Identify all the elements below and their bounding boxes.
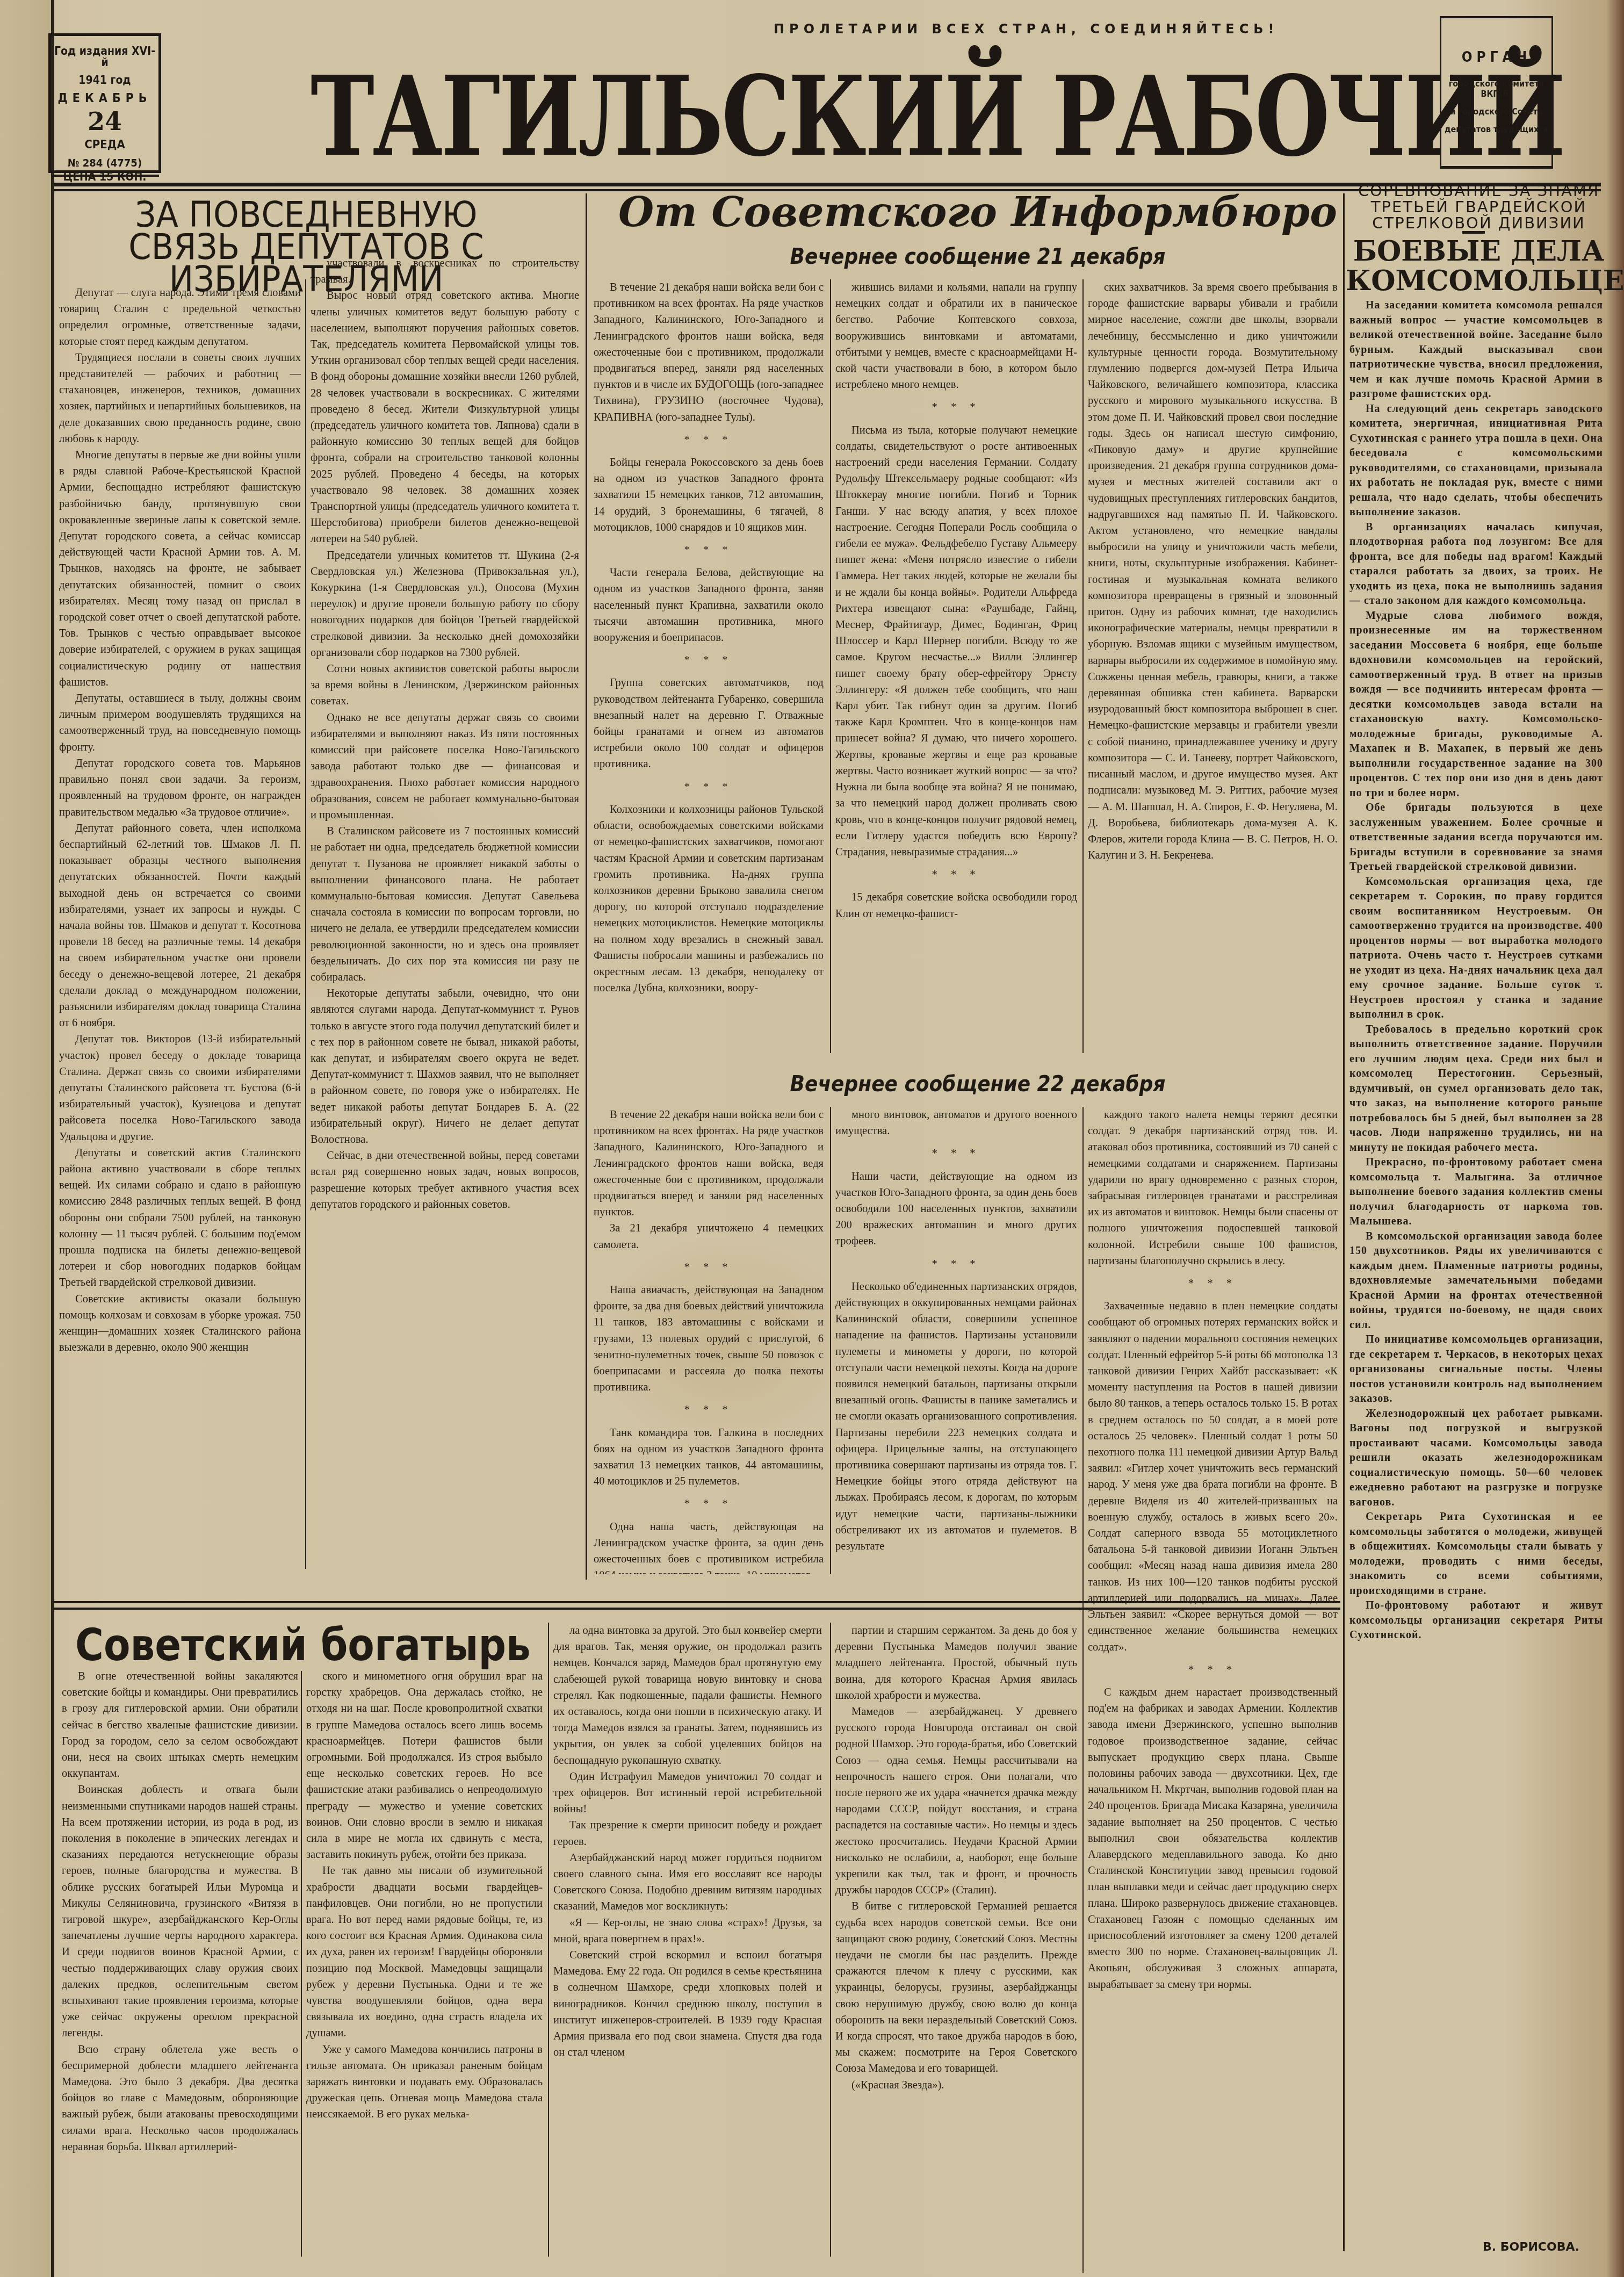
paragraph: Депутаты, оставшиеся в тылу, должны свои… xyxy=(59,690,301,755)
paragraph: Советские активисты оказали большую помо… xyxy=(59,1291,301,1356)
paragraph: участвовали в воскресниках по строительс… xyxy=(311,255,579,287)
slogan: ПРОЛЕТАРИИ ВСЕХ СТРАН, СОЕДИНЯЙТЕСЬ! xyxy=(774,21,1279,37)
section-divider xyxy=(586,193,587,1580)
paragraph: Требовалось в предельно короткий срок вы… xyxy=(1349,1022,1603,1156)
report-22-title: Вечернее сообщение 22 декабря xyxy=(607,1072,1348,1097)
paragraph: Обе бригады пользуются в цехе заслуженны… xyxy=(1349,801,1603,875)
section-separator-stars: * * * xyxy=(835,1145,1077,1162)
organ-line-2: и городского Совета xyxy=(1441,106,1551,117)
bottom-section-rule-thin xyxy=(54,1608,1340,1610)
report-22-column-3: каждого такого налета немцы теряют десят… xyxy=(1088,1107,1338,2262)
issue-month: ДЕКАБРЬ xyxy=(51,92,158,105)
paragraph: Воинская доблесть и отвага были неизменн… xyxy=(62,1782,298,2041)
paragraph: Не так давно мы писали об изумительной х… xyxy=(306,1863,543,2041)
paragraph: Всю страну облетела уже весть о бесприме… xyxy=(62,2042,298,2155)
report-22-column-2: много винтовок, автоматов и другого воен… xyxy=(835,1107,1077,1574)
paragraph: партии и старшим сержантом. За день до б… xyxy=(835,1623,1077,1704)
left-article-column-1: Депутат — слуга народа. Этими тремя слов… xyxy=(59,285,301,1569)
column-rule xyxy=(305,279,306,1569)
organ-line-3: депутатов трудящихся xyxy=(1441,124,1551,134)
paragraph: В огне отечественной войны закаляются со… xyxy=(62,1668,298,1782)
column-rule xyxy=(301,1671,302,2257)
section-separator-stars: * * * xyxy=(835,1256,1077,1272)
right-column-body: На заседании комитета комсомола решался … xyxy=(1349,298,1603,2227)
paragraph: Один Истрафуил Мамедов уничтожил 70 солд… xyxy=(553,1769,822,1818)
adjacent-page-edge xyxy=(0,0,54,2277)
bottom-article-headline: Советский богатырь xyxy=(75,1620,501,1671)
paragraph: Трудящиеся послали в советы своих лучших… xyxy=(59,350,301,447)
paragraph: Несколько об'единенных партизанских отря… xyxy=(835,1279,1077,1554)
paragraph: Танк командира тов. Галкина в последних … xyxy=(594,1425,824,1490)
paragraph: Некоторые депутаты забыли, очевидно, что… xyxy=(311,985,579,1148)
paragraph: Группа советских автоматчиков, под руков… xyxy=(594,675,824,772)
paragraph: В организациях началась кипучая, плодотв… xyxy=(1349,520,1603,609)
paragraph: Колхозники и колхозницы районов Тульской… xyxy=(594,802,824,996)
section-separator-stars: * * * xyxy=(594,1259,824,1276)
column-rule xyxy=(830,1623,831,2257)
section-separator-stars: * * * xyxy=(1088,1662,1338,1678)
section-separator-stars: * * * xyxy=(594,779,824,795)
report-21-column-3: ских захватчиков. За время своего пребыв… xyxy=(1088,279,1338,1056)
paragraph: Азербайджанский народ может гордиться по… xyxy=(553,1850,822,1915)
paragraph: Однако не все депутаты держат связь со с… xyxy=(311,710,579,823)
paragraph: ского и минометного огня обрушил враг на… xyxy=(306,1668,543,1863)
section-separator-stars: * * * xyxy=(835,399,1077,415)
paragraph: На следующий день секретарь заводского к… xyxy=(1349,402,1603,520)
paragraph: Комсомольская организация цеха, где секр… xyxy=(1349,875,1603,1022)
column-rule xyxy=(548,1623,549,2257)
paragraph: Наша авиачасть, действующая на Западном … xyxy=(594,1282,824,1395)
column-rule xyxy=(830,279,831,1053)
paragraph: Сотни новых активистов советской работы … xyxy=(311,661,579,710)
issue-number: № 284 (4775) xyxy=(51,157,158,168)
issue-day: 24 xyxy=(51,109,158,134)
paragraph: В течение 21 декабря наши войска вели бо… xyxy=(594,279,824,426)
paragraph: Сейчас, в дни отечественной войны, перед… xyxy=(311,1148,579,1213)
newspaper-title: ТАГИЛЬСКИЙ РАБОЧИЙ xyxy=(311,62,1564,172)
paragraph: Депутат тов. Викторов (13-й избирательны… xyxy=(59,1031,301,1144)
paragraph: Мамедов — азербайджанец. У древнего русс… xyxy=(835,1704,1077,1898)
paragraph: Депутаты и советский актив Сталинского р… xyxy=(59,1145,301,1291)
section-separator-stars: * * * xyxy=(594,542,824,558)
paragraph: ских захватчиков. За время своего пребыв… xyxy=(1088,279,1338,863)
paragraph: С каждым днем нарастает производственный… xyxy=(1088,1684,1338,1993)
right-column-signature: В. БОРИСОВА. xyxy=(1483,2240,1579,2254)
column-rule xyxy=(1082,1107,1084,2273)
paragraph: По-фронтовому работают и живут комсомоль… xyxy=(1349,1598,1603,1643)
column-rule xyxy=(830,1107,831,1574)
paragraph: «Я — Кер-оглы, не знаю слова «страх»! Др… xyxy=(553,1915,822,1947)
paragraph: Наши части, действующие на одном из учас… xyxy=(835,1169,1077,1250)
paragraph: много винтовок, автоматов и другого воен… xyxy=(835,1107,1077,1139)
paragraph: В комсомольской организации завода более… xyxy=(1349,1229,1603,1333)
report-22-column-1: В течение 22 декабря наши войска вели бо… xyxy=(594,1107,824,1574)
section-divider xyxy=(1343,193,1345,2251)
paragraph: Бойцы генерала Рокоссовского за день бое… xyxy=(594,455,824,536)
issue-price: ЦЕНА 15 КОП. xyxy=(51,171,158,183)
section-separator-stars: * * * xyxy=(594,432,824,448)
bottom-article-column-1: В огне отечественной войны закаляются со… xyxy=(62,1668,298,2259)
paragraph: Железнодорожный цех работает рывками. Ва… xyxy=(1349,1407,1603,1510)
issue-weekday: СРЕДА xyxy=(51,139,158,151)
paragraph: Секретарь Рита Сухотинская и ее комсомол… xyxy=(1349,1510,1603,1598)
paragraph: Так презрение к смерти приносит победу и… xyxy=(553,1817,822,1849)
bottom-article-column-4: партии и старшим сержантом. За день до б… xyxy=(835,1623,1077,2259)
paragraph: («Красная Звезда»). xyxy=(835,2077,1077,2093)
paragraph: Уже у самого Мамедова кончились патроны … xyxy=(306,2042,543,2123)
right-column-headline: БОЕВЫЕ ДЕЛА КОМСОМОЛЬЦЕВ xyxy=(1346,236,1612,296)
section-separator-stars: * * * xyxy=(594,652,824,668)
paragraph: В течение 22 декабря наши войска вели бо… xyxy=(594,1107,824,1220)
paragraph: Письма из тыла, которые получают немецки… xyxy=(835,422,1077,860)
paragraph: Депутат районного совета, член исполкома… xyxy=(59,820,301,1032)
column-rule xyxy=(1082,279,1084,1053)
kicker-dash xyxy=(1462,231,1485,234)
datebox-underline xyxy=(52,175,159,177)
bottom-article-column-3: ла одна винтовка за другой. Это был конв… xyxy=(553,1623,822,2259)
paragraph: Депутат городского совета тов. Марьянов … xyxy=(59,755,301,820)
organ-line-1: городского комитета ВКП(б) xyxy=(1441,78,1551,99)
paragraph: По инициативе комсомольцев организации, … xyxy=(1349,1332,1603,1407)
bottom-section-rule xyxy=(54,1601,1340,1603)
section-separator-stars: * * * xyxy=(594,1496,824,1512)
paragraph: В Сталинском райсовете из 7 постоянных к… xyxy=(311,823,579,985)
organ-label: ОРГАН xyxy=(1441,49,1551,66)
issue-date-box: Год издания XVI-й 1941 год ДЕКАБРЬ 24 СР… xyxy=(48,33,161,173)
report-21-column-1: В течение 21 декабря наши войска вели бо… xyxy=(594,279,824,1056)
paragraph: жившись вилами и кольями, напали на груп… xyxy=(835,279,1077,393)
section-separator-stars: * * * xyxy=(835,867,1077,883)
paragraph: Части генерала Белова, действующие на од… xyxy=(594,565,824,646)
issue-year: 1941 год xyxy=(51,75,158,86)
paragraph: Мудрые слова любимого вождя, произнесенн… xyxy=(1349,609,1603,801)
left-article-column-2: участвовали в воскресниках по строительс… xyxy=(311,255,579,1569)
paragraph: 15 декабря советские войска освободили г… xyxy=(835,889,1077,921)
paragraph: За 21 декабря уничтожено 4 немецких само… xyxy=(594,1220,824,1252)
section-separator-stars: * * * xyxy=(1088,1276,1338,1292)
report-21-column-2: жившись вилами и кольями, напали на груп… xyxy=(835,279,1077,1056)
paragraph: На заседании комитета комсомола решался … xyxy=(1349,298,1603,402)
section-separator-stars: * * * xyxy=(594,1402,824,1418)
report-21-title: Вечернее сообщение 21 декабря xyxy=(607,244,1348,269)
paragraph: каждого такого налета немцы теряют десят… xyxy=(1088,1107,1338,1269)
sovinformburo-headline: От Советского Информбюро xyxy=(607,188,1348,236)
paragraph: Прекрасно, по-фронтовому работает смена … xyxy=(1349,1155,1603,1229)
paragraph: Одна наша часть, действующая на Ленингра… xyxy=(594,1519,824,1574)
paragraph: В битве с гитлеровской Германией решаетс… xyxy=(835,1898,1077,2077)
year-of-publication: Год издания XVI-й xyxy=(51,46,158,68)
paragraph: Многие депутаты в первые же дни войны уш… xyxy=(59,447,301,690)
bottom-article-column-2: ского и минометного огня обрушил враг на… xyxy=(306,1668,543,2259)
paragraph: Председатели уличных комитетов тт. Шукин… xyxy=(311,547,579,661)
paragraph: Советский строй вскормил и вспоил богаты… xyxy=(553,1947,822,2060)
paragraph: Депутат — слуга народа. Этими тремя слов… xyxy=(59,285,301,350)
paragraph: Вырос новый отряд советского актива. Мно… xyxy=(311,287,579,547)
paragraph: ла одна винтовка за другой. Это был конв… xyxy=(553,1623,822,1769)
publisher-box: ОРГАН городского комитета ВКП(б) и город… xyxy=(1440,16,1553,169)
right-column-kicker: СОРЕВНОВАНИЕ ЗА ЗНАМЯ ТРЕТЬЕЙ ГВАРДЕЙСКО… xyxy=(1346,183,1612,231)
